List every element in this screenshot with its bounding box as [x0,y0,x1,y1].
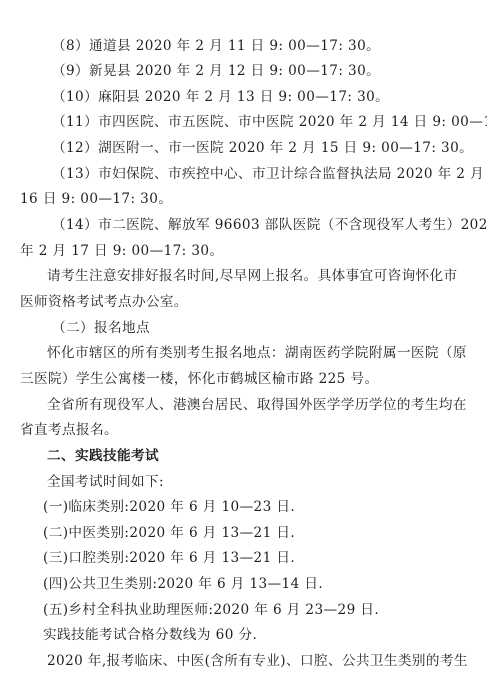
section-heading: 二、实践技能考试 [47,447,159,465]
text-line: 全省所有现役军人、港澳台居民、取得国外医学学历学位的考生均在 [47,396,467,414]
section-subheading: （二）报名地点 [52,319,150,337]
text-line: 16 日 9: 00—17: 30。 [20,190,172,208]
text-line: 年 2 月 17 日 9: 00—17: 30。 [20,242,223,260]
text-line: （9）新晃县 2020 年 2 月 12 日 9: 00—17: 30。 [52,62,380,80]
text-line: 请考生注意安排好报名时间,尽早网上报名。具体事宜可咨询怀化市 [47,267,458,285]
text-line: （12）湖医附一、市一医院 2020 年 2 月 15 日 9: 00—17: … [52,139,473,157]
text-line: 三医院）学生公寓楼一楼，怀化市鹤城区榆市路 225 号。 [20,370,378,388]
text-line: (五)乡村全科执业助理医师:2020 年 6 月 23—29 日. [43,601,379,619]
text-line: （14）市二医院、解放军 96603 部队医院（不含现役军人考生）2020 [52,216,487,234]
text-line: (一)临床类别:2020 年 6 月 10—23 日. [43,498,295,516]
text-line: 省直考点报名。 [20,421,118,439]
text-line: 全国考试时间如下: [47,473,164,491]
text-line: （8）通道县 2020 年 2 月 11 日 9: 00—17: 30。 [52,37,380,55]
text-line: 2020 年,报考临床、中医(含所有专业)、口腔、公共卫生类别的考生 [47,652,468,670]
text-line: 医师资格考试考点办公室。 [20,293,188,311]
text-line: (三)口腔类别:2020 年 6 月 13—21 日. [43,549,295,567]
text-line: 实践技能考试合格分数线为 60 分. [43,626,257,644]
text-line: （10）麻阳县 2020 年 2 月 13 日 9: 00—17: 30。 [52,88,389,106]
text-line: (二)中医类别:2020 年 6 月 13—21 日. [43,524,295,542]
text-line: 怀化市辖区的所有类别考生报名地点：湖南医药学院附属一医院（原 [47,344,467,362]
text-line: (四)公共卫生类别:2020 年 6 月 13—14 日. [43,575,323,593]
text-line: （13）市妇保院、市疾控中心、市卫计综合监督执法局 2020 年 2 月 [52,165,484,183]
text-line: （11）市四医院、市五医院、市中医院 2020 年 2 月 14 日 9: 00… [52,113,487,131]
